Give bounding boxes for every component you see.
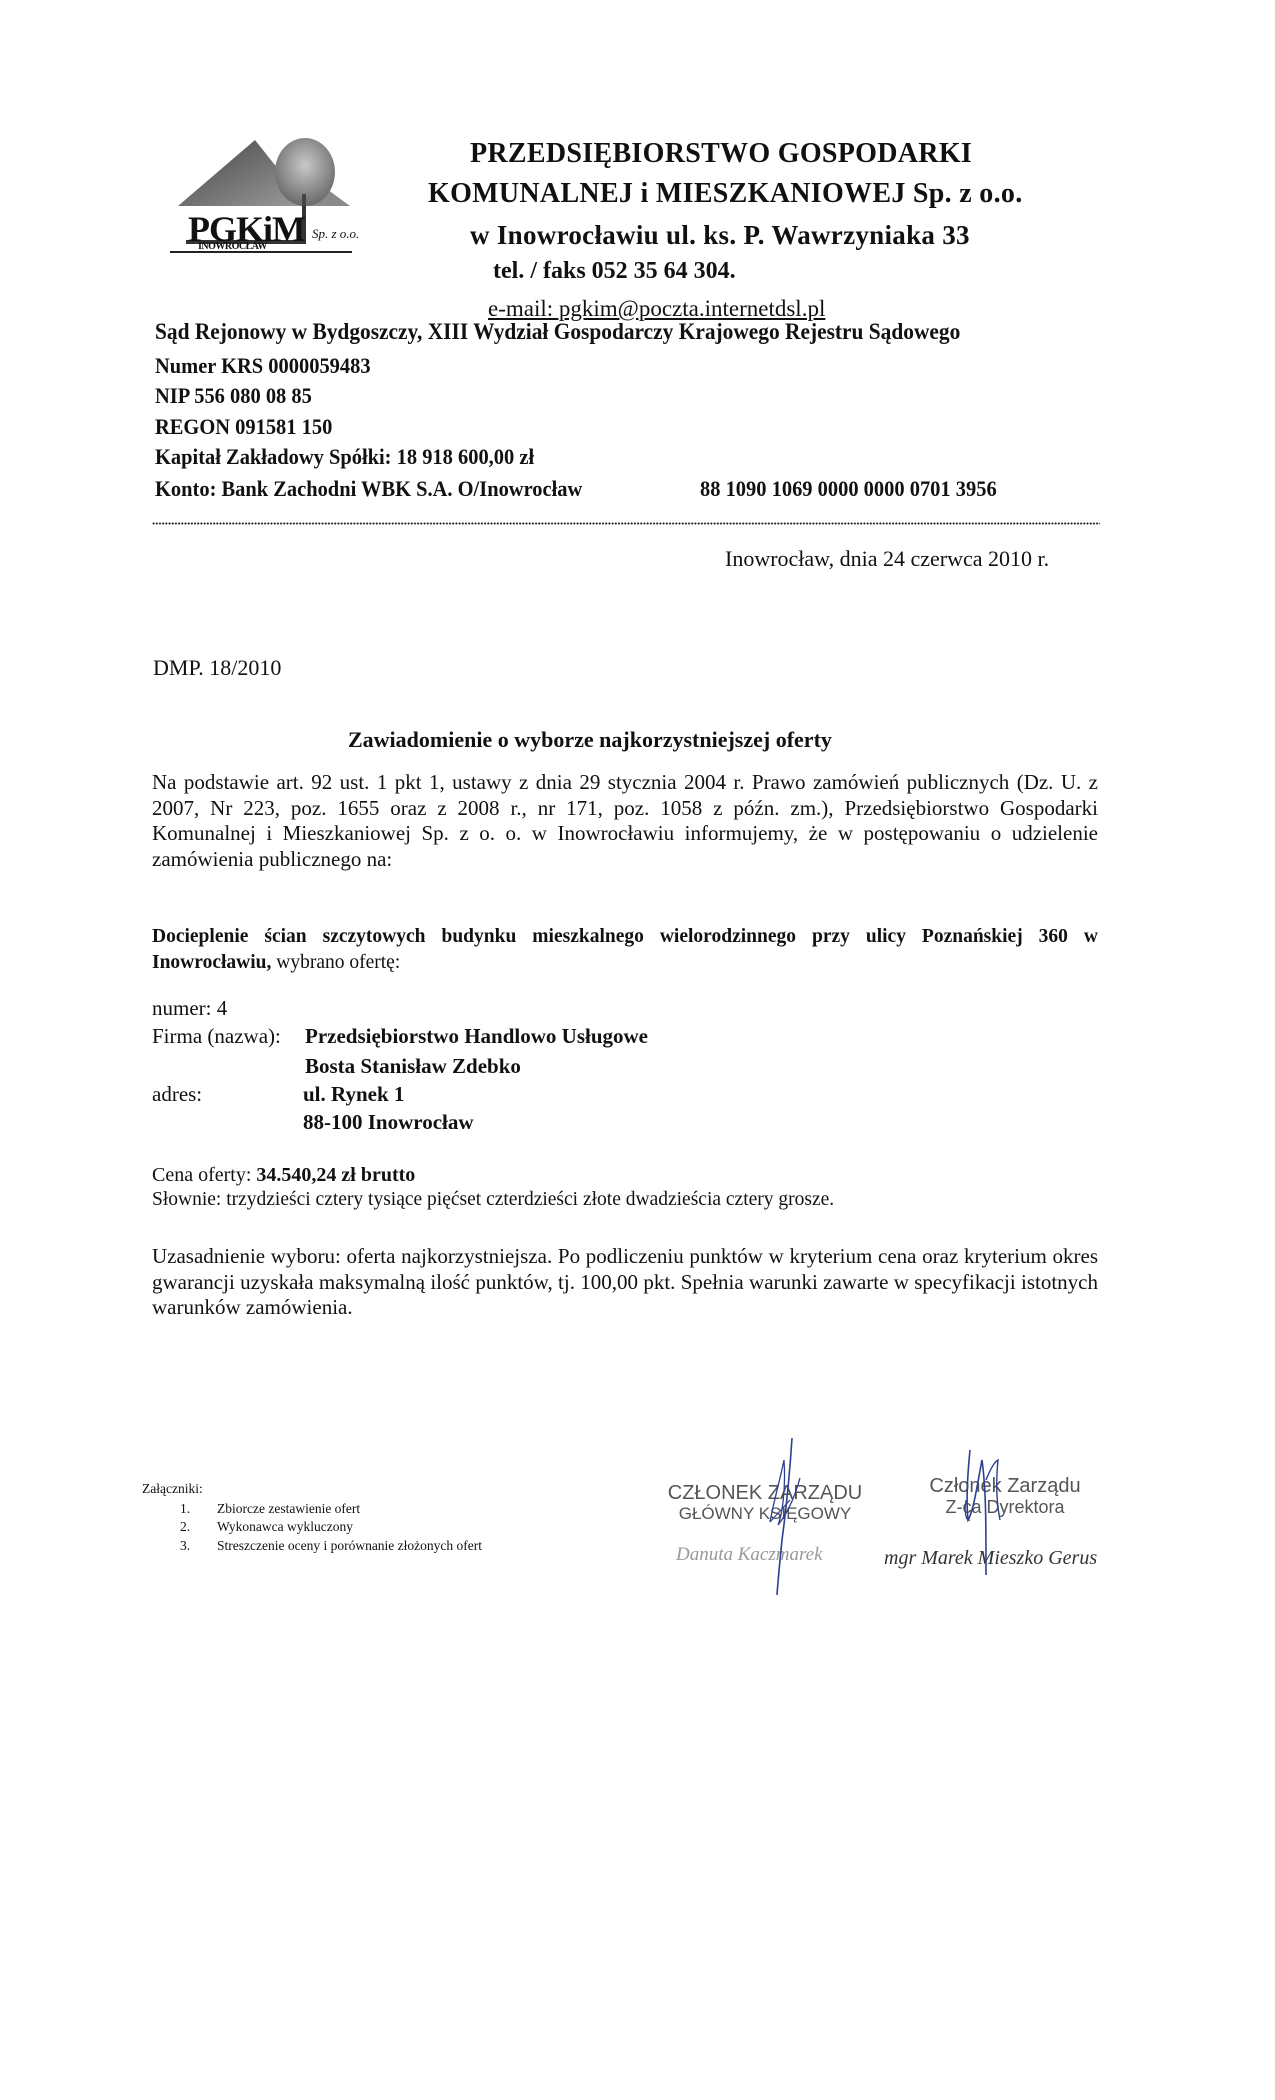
subject-suffix: wybrano ofertę: xyxy=(271,952,400,973)
justification-paragraph: Uzasadnienie wyboru: oferta najkorzystni… xyxy=(152,1244,1098,1321)
attachment-text: Zbiorcze zestawienie ofert xyxy=(217,1501,360,1517)
firm-name-line2: Bosta Stanisław Zdebko xyxy=(305,1054,521,1079)
firm-name-line1: Przedsiębiorstwo Handlowo Usługowe xyxy=(305,1024,648,1049)
attachments-label: Załączniki: xyxy=(142,1481,203,1497)
offer-number: numer: 4 xyxy=(152,996,227,1021)
company-phone: tel. / faks 052 35 64 304. xyxy=(493,258,736,285)
company-address: w Inowrocławiu ul. ks. P. Wawrzyniaka 33 xyxy=(470,220,970,251)
share-capital: Kapitał Zakładowy Spółki: 18 918 600,00 … xyxy=(155,444,534,470)
company-logo: PGKiM Sp. z o.o. INOWROCŁAW xyxy=(170,134,360,254)
price-value: 34.540,24 zł brutto xyxy=(256,1164,415,1186)
address-label: adres: xyxy=(152,1082,202,1107)
regon-number: REGON 091581 150 xyxy=(155,414,332,440)
bank-account-label: Konto: Bank Zachodni WBK S.A. O/Inowrocł… xyxy=(155,476,582,502)
price-in-words: Słownie: trzydzieści cztery tysiące pięć… xyxy=(152,1189,834,1211)
handwritten-signature-2-icon xyxy=(960,1440,1040,1580)
document-title: Zawiadomienie o wyborze najkorzystniejsz… xyxy=(348,727,832,753)
krs-number: Numer KRS 0000059483 xyxy=(155,353,371,379)
company-name-line2: KOMUNALNEJ i MIESZKANIOWEJ Sp. z o.o. xyxy=(428,178,1023,210)
handwritten-signature-1-icon xyxy=(740,1430,830,1600)
price-label: Cena oferty: xyxy=(152,1164,256,1186)
dotted-separator xyxy=(152,522,1100,525)
bank-account-number: 88 1090 1069 0000 0000 0701 3956 xyxy=(700,476,997,502)
court-registry: Sąd Rejonowy w Bydgoszczy, XIII Wydział … xyxy=(155,319,960,345)
attachment-number: 3. xyxy=(180,1538,190,1553)
reference-number: DMP. 18/2010 xyxy=(153,655,281,681)
attachment-item: 3. Streszczenie oceny i porównanie złożo… xyxy=(180,1538,190,1554)
attachment-number: 1. xyxy=(180,1501,190,1516)
intro-paragraph: Na podstawie art. 92 ust. 1 pkt 1, ustaw… xyxy=(152,770,1098,872)
attachment-text: Wykonawca wykluczony xyxy=(217,1519,353,1535)
date-line: Inowrocław, dnia 24 czerwca 2010 r. xyxy=(725,546,1049,572)
attachment-item: 1. Zbiorcze zestawienie ofert xyxy=(180,1501,190,1517)
company-name-line1: PRZEDSIĘBIORSTWO GOSPODARKI xyxy=(470,138,972,170)
address-line1: ul. Rynek 1 xyxy=(303,1082,404,1107)
logo-subtext: Sp. z o.o. xyxy=(312,226,359,242)
procurement-subject: Docieplenie ścian szczytowych budynku mi… xyxy=(152,924,1098,975)
address-line2: 88-100 Inowrocław xyxy=(303,1110,474,1135)
attachment-item: 2. Wykonawca wykluczony xyxy=(180,1519,190,1535)
attachment-number: 2. xyxy=(180,1519,190,1534)
logo-divider xyxy=(170,251,352,253)
attachment-text: Streszczenie oceny i porównanie złożonyc… xyxy=(217,1538,482,1554)
nip-number: NIP 556 080 08 85 xyxy=(155,383,312,409)
firm-label: Firma (nazwa): xyxy=(152,1024,281,1049)
offer-price: Cena oferty: 34.540,24 zł brutto xyxy=(152,1164,415,1187)
